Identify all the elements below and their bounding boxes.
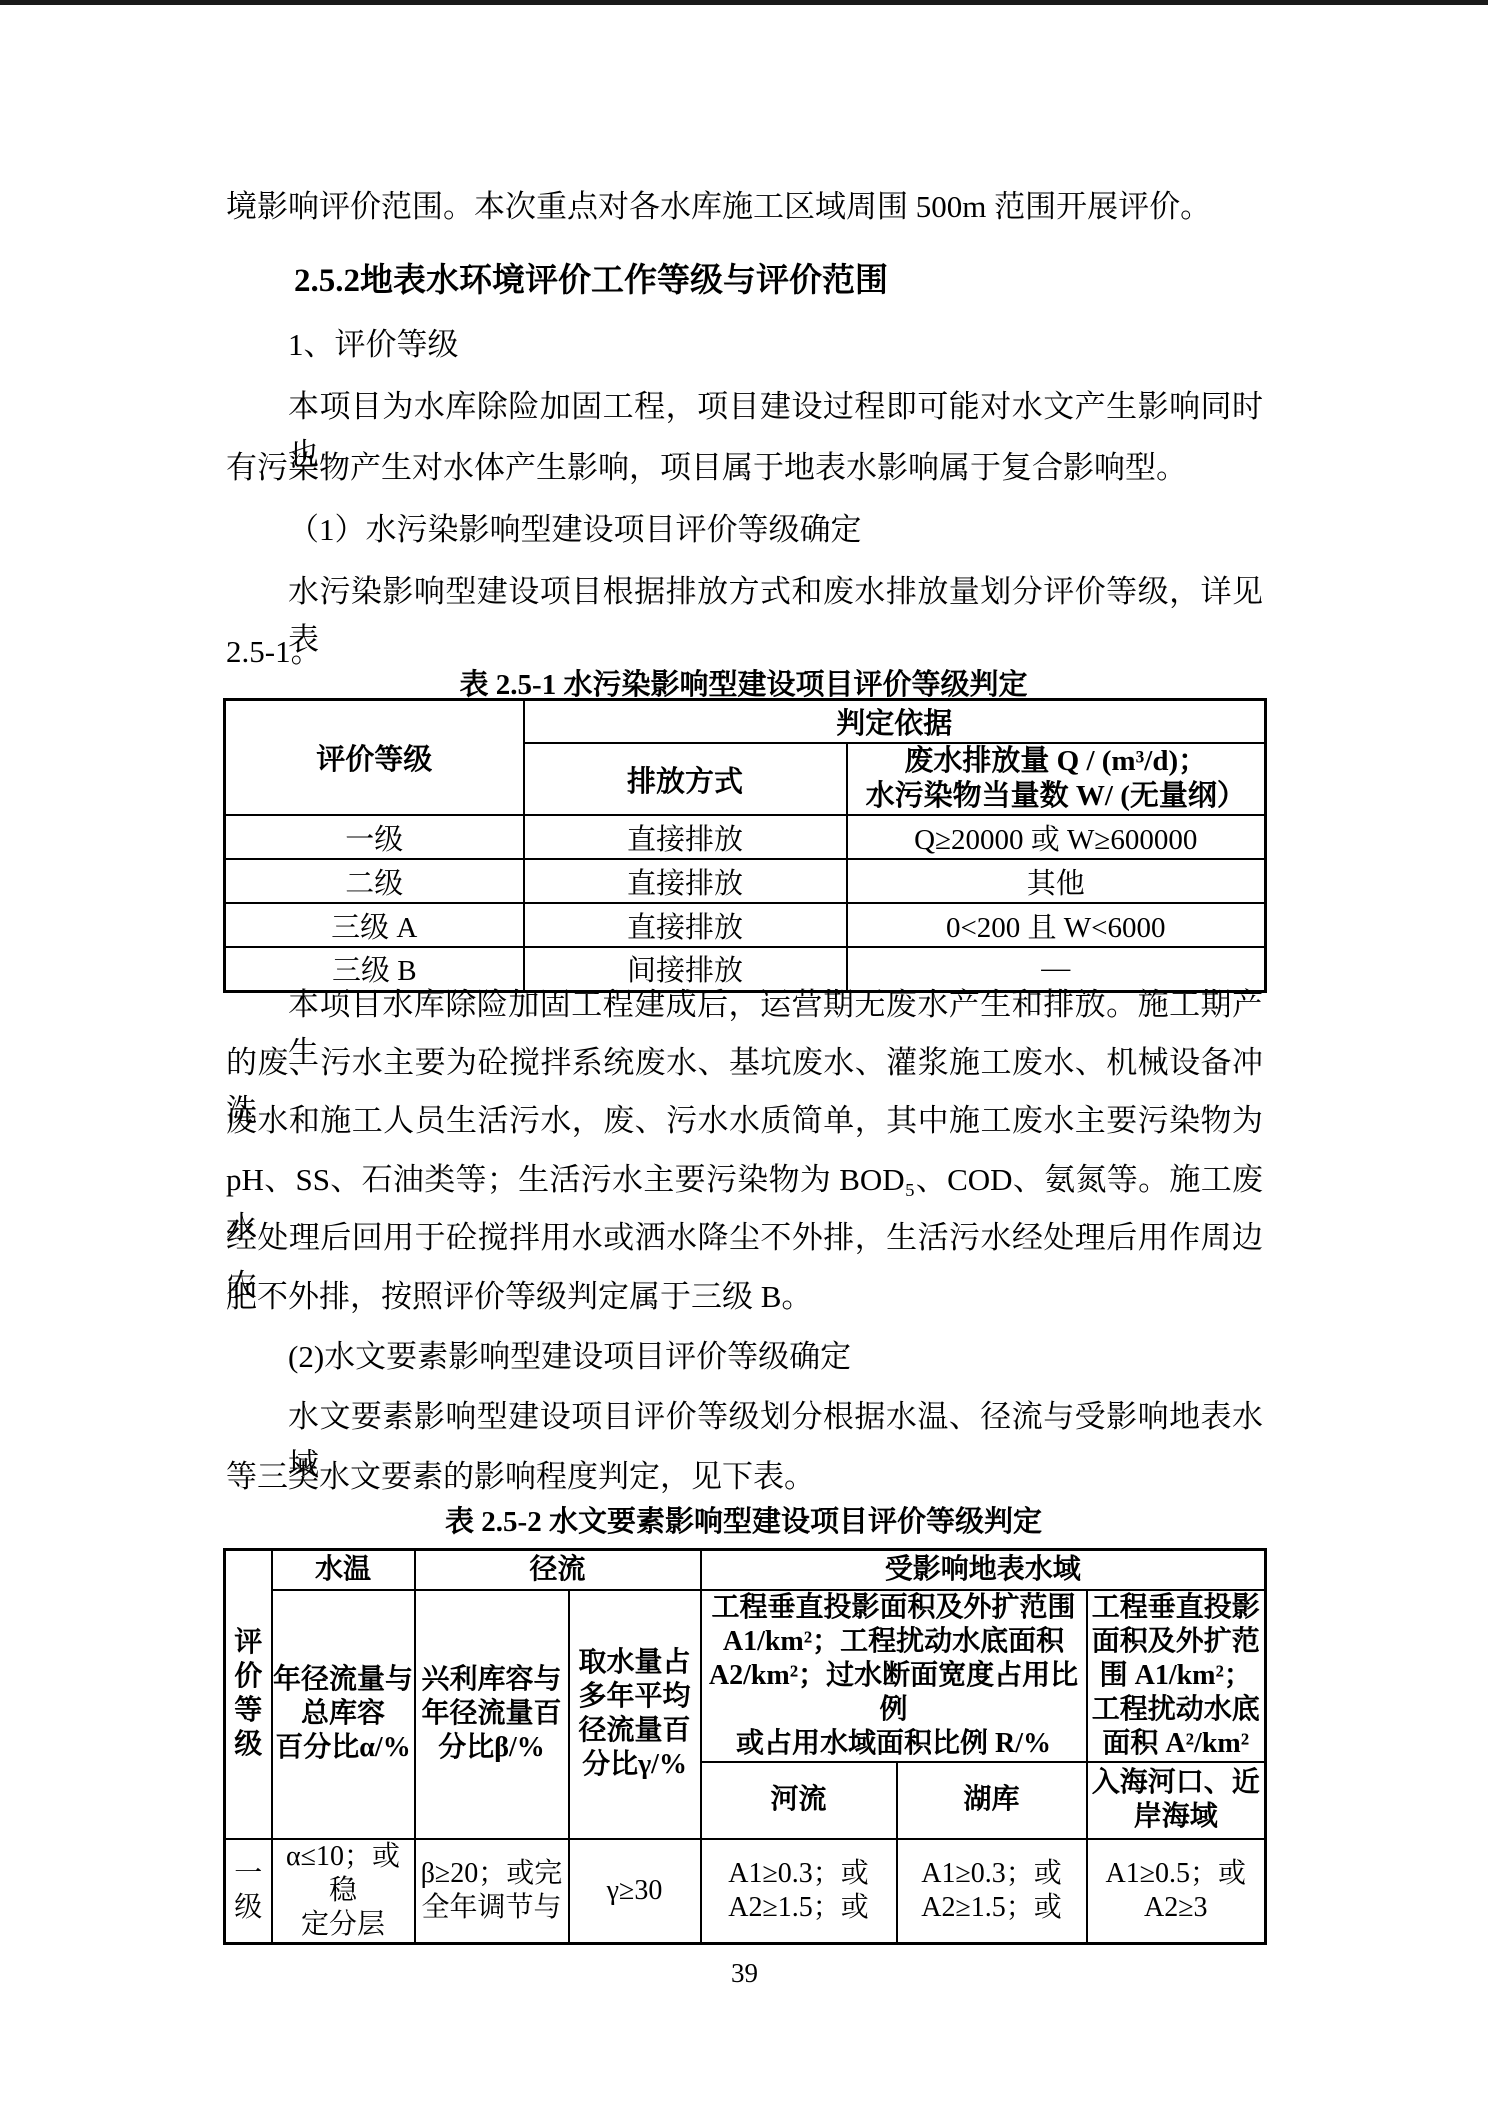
table2-header-alpha: 年径流量与 总库容 百分比α/% (272, 1590, 415, 1839)
table1-mode-cell: 直接排放 (524, 859, 847, 903)
list-item-hydrology: (2)水文要素影响型建设项目评价等级确定 (226, 1333, 1263, 1381)
table1-header-grade: 评价等级 (225, 700, 524, 816)
table2-header-estuary: 入海河口、近 岸海域 (1087, 1762, 1266, 1839)
table1-header-quantity: 废水排放量 Q / (m³/d)； 水污染物当量数 W/ (无量纲） (847, 743, 1266, 815)
table1-mode-cell: 直接排放 (524, 903, 847, 947)
paragraph-line: 有污染物产生对水体产生影响，项目属于地表水影响属于复合影响型。 (226, 444, 1263, 492)
table-row: 二级 直接排放 其他 (225, 859, 1266, 903)
table1-grade-cell: 一级 (225, 815, 524, 859)
paragraph-line: pH、SS、石油类等；生活污水主要污染物为 BOD₅、COD、氨氮等。施工废水 (226, 1156, 1263, 1204)
table2-header-desc-river-lake: 工程垂直投影面积及外扩范围 A1/km²；工程扰动水底面积 A2/km²；过水断… (701, 1590, 1087, 1762)
paragraph-line: 本项目为水库除险加固工程，项目建设过程即可能对水文产生影响同时也 (226, 383, 1263, 431)
paragraph-line: 的废、污水主要为砼搅拌系统废水、基坑废水、灌浆施工废水、机械设备冲洗 (226, 1039, 1263, 1087)
page-top-border (0, 0, 1488, 5)
table2-header-desc-estuary: 工程垂直投影 面积及外扩范 围 A1/km²； 工程扰动水底 面积 A²/km² (1087, 1590, 1266, 1762)
paragraph-line: 本项目水库除险加固工程建成后，运营期无废水产生和排放。施工期产生 (226, 981, 1263, 1029)
paragraph-line: 经处理后回用于砼搅拌用水或洒水降尘不外排，生活污水经处理后用作周边农 (226, 1214, 1263, 1262)
table2-river-cell: A1≥0.3；或 A2≥1.5；或 (701, 1839, 897, 1944)
table-row: 一级 直接排放 Q≥20000 或 W≥600000 (225, 815, 1266, 859)
table-2-5-1: 评价等级 判定依据 排放方式 废水排放量 Q / (m³/d)； 水污染物当量数… (223, 698, 1267, 993)
table1-grade-cell: 三级 A (225, 903, 524, 947)
table1-grade-cell: 二级 (225, 859, 524, 903)
table2-header-beta: 兴利库容与 年径流量百 分比β/% (415, 1590, 569, 1839)
table2-header-grade: 评 价 等 级 (225, 1550, 272, 1839)
paragraph-line: 废水和施工人员生活污水，废、污水水质简单，其中施工废水主要污染物为 (226, 1097, 1263, 1145)
table2-gamma-cell: γ≥30 (569, 1839, 701, 1944)
table-row: 三级 A 直接排放 0<200 且 W<6000 (225, 903, 1266, 947)
table2-header-runoff: 径流 (415, 1550, 701, 1590)
table2-estuary-cell: A1≥0.5；或 A2≥3 (1087, 1839, 1266, 1944)
table-2-caption: 表 2.5-2 水文要素影响型建设项目评价等级判定 (223, 1499, 1264, 1545)
table2-lake-cell: A1≥0.3；或 A2≥1.5；或 (897, 1839, 1087, 1944)
table2-header-gamma: 取水量占 多年平均 径流量百 分比γ/% (569, 1590, 701, 1839)
table2-alpha-cell: α≤10；或稳 定分层 (272, 1839, 415, 1944)
paragraph-line: 等三类水文要素的影响程度判定，见下表。 (226, 1453, 1263, 1501)
table1-criteria-cell: 其他 (847, 859, 1266, 903)
list-item-1: 1、评价等级 (226, 321, 1263, 369)
paragraph-line: 肥不外排，按照评价等级判定属于三级 B。 (226, 1273, 1263, 1321)
table1-header-basis: 判定依据 (524, 700, 1266, 744)
table1-criteria-cell: Q≥20000 或 W≥600000 (847, 815, 1266, 859)
table1-criteria-cell: 0<200 且 W<6000 (847, 903, 1266, 947)
table2-header-water-temp: 水温 (272, 1550, 415, 1590)
table2-header-affected-water: 受影响地表水域 (701, 1550, 1266, 1590)
paragraph-line: 水污染影响型建设项目根据排放方式和废水排放量划分评价等级，详见表 (226, 568, 1263, 616)
list-item-water-pollution: （1）水污染影响型建设项目评价等级确定 (226, 506, 1263, 554)
table-row: 一 级 α≤10；或稳 定分层 β≥20；或完 全年调节与 γ≥30 A1≥0.… (225, 1839, 1266, 1944)
paragraph-line: 水文要素影响型建设项目评价等级划分根据水温、径流与受影响地表水域 (226, 1393, 1263, 1441)
table1-header-discharge-mode: 排放方式 (524, 743, 847, 815)
document-page: 境影响评价范围。本次重点对各水库施工区域周围 500m 范围开展评价。 2.5.… (0, 0, 1488, 2104)
paragraph-continuation-line: 境影响评价范围。本次重点对各水库施工区域周围 500m 范围开展评价。 (226, 183, 1263, 231)
table2-grade-cell: 一 级 (225, 1839, 272, 1944)
table2-header-lake: 湖库 (897, 1762, 1087, 1839)
section-heading: 2.5.2地表水环境评价工作等级与评价范围 (226, 257, 1263, 305)
table1-mode-cell: 直接排放 (524, 815, 847, 859)
table2-beta-cell: β≥20；或完 全年调节与 (415, 1839, 569, 1944)
table-2-5-2: 评 价 等 级 水温 径流 受影响地表水域 年径流量与 总库容 百分比α/% 兴… (223, 1548, 1267, 1945)
page-number: 39 (226, 1956, 1263, 1990)
table2-header-river: 河流 (701, 1762, 897, 1839)
